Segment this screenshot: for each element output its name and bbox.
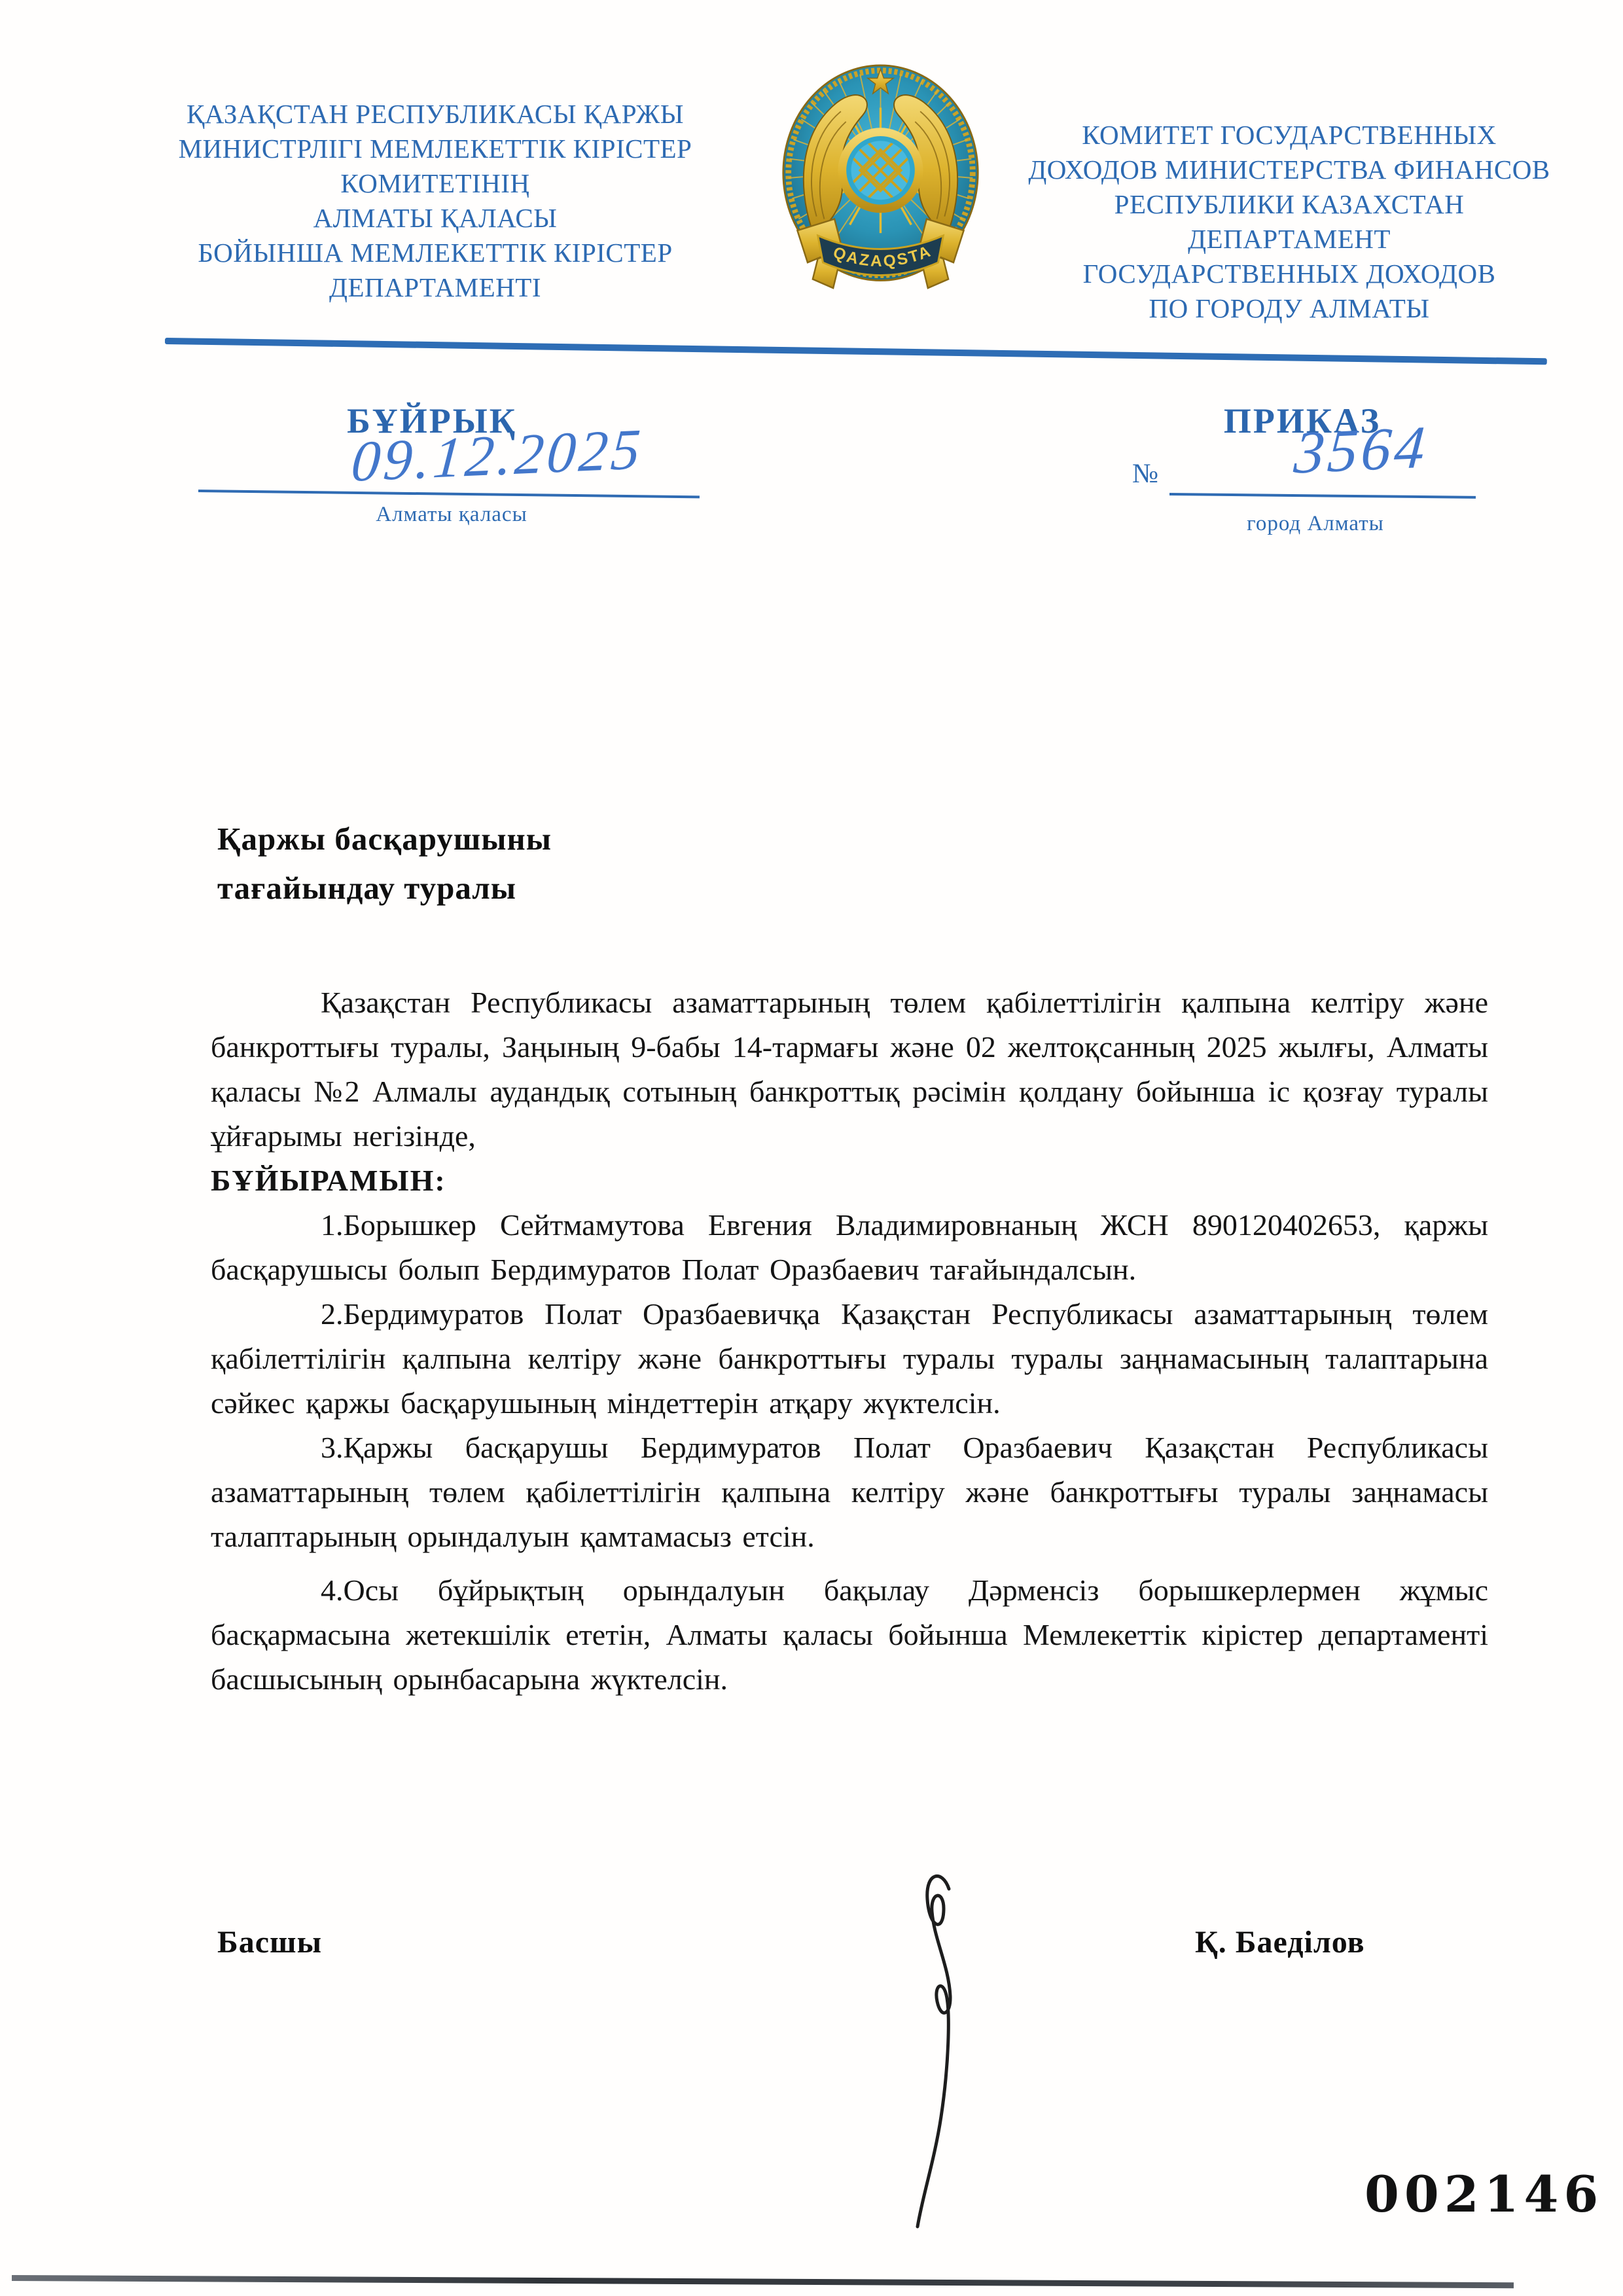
org-ru-line: ДОХОДОВ МИНИСТЕРСТВА ФИНАНСОВ bbox=[1011, 152, 1567, 187]
org-ru-line: РЕСПУБЛИКИ КАЗАХСТАН bbox=[1011, 187, 1567, 222]
number-underline bbox=[1169, 493, 1476, 499]
order-item-4: 4.Осы бұйрықтың орындалуын бақылау Дәрме… bbox=[211, 1568, 1488, 1702]
order-item-3: 3.Қаржы басқарушы Бердимуратов Полат Ора… bbox=[211, 1426, 1488, 1559]
subject-line: тағайындау туралы bbox=[217, 863, 1003, 912]
place-label-kazakh: Алматы қаласы bbox=[209, 503, 694, 527]
signer-position-label: Басшы bbox=[217, 1924, 322, 1960]
org-kk-line: КОМИТЕТІНІҢ bbox=[160, 166, 710, 201]
order-item-1: 1.Борышкер Сейтмамутова Евгения Владимир… bbox=[211, 1203, 1488, 1292]
order-item-2: 2.Бердимуратов Полат Оразбаевичқа Қазақс… bbox=[211, 1292, 1488, 1426]
subject-line: Қаржы басқарушыны bbox=[217, 814, 1003, 863]
scanned-order-page: ҚАЗАҚСТАН РЕСПУБЛИКАСЫ ҚАРЖЫ МИНИСТРЛІГІ… bbox=[0, 0, 1623, 2296]
intro-paragraph: Қазақстан Республикасы азаматтарының төл… bbox=[211, 980, 1488, 1158]
org-kk-line: МИНИСТРЛІГІ МЕМЛЕКЕТТІК КІРІСТЕР bbox=[160, 132, 710, 166]
kazakhstan-coat-of-arms-icon: QAZAQSTAN bbox=[777, 63, 984, 293]
org-ru-line: КОМИТЕТ ГОСУДАРСТВЕННЫХ bbox=[1011, 118, 1567, 152]
resolve-word: БҰЙЫРАМЫН: bbox=[211, 1158, 1488, 1203]
org-name-russian: КОМИТЕТ ГОСУДАРСТВЕННЫХ ДОХОДОВ МИНИСТЕР… bbox=[1011, 118, 1567, 326]
order-subject: Қаржы басқарушыны тағайындау туралы bbox=[217, 814, 1003, 912]
header-separator-line bbox=[165, 338, 1547, 365]
handwritten-order-number: 3564 bbox=[1202, 408, 1521, 491]
place-label-russian: город Алматы bbox=[1178, 512, 1453, 536]
org-kk-line: БОЙЫНША МЕМЛЕКЕТТІК КІРІСТЕР bbox=[160, 236, 710, 270]
org-kk-line: АЛМАТЫ ҚАЛАСЫ bbox=[160, 201, 710, 236]
org-ru-line: ПО ГОРОДУ АЛМАТЫ bbox=[1011, 291, 1567, 326]
scan-page-edge bbox=[12, 2275, 1514, 2288]
org-ru-line: ДЕПАРТАМЕНТ bbox=[1011, 222, 1567, 257]
handwritten-signature bbox=[851, 1867, 988, 2233]
order-body: Қазақстан Республикасы азаматтарының төл… bbox=[211, 980, 1488, 1702]
org-ru-line: ГОСУДАРСТВЕННЫХ ДОХОДОВ bbox=[1011, 257, 1567, 291]
org-kk-line: ДЕПАРТАМЕНТІ bbox=[160, 270, 710, 305]
signer-name: Қ. Баеділов bbox=[1195, 1924, 1364, 1960]
number-sign: № bbox=[1132, 458, 1158, 490]
org-name-kazakh: ҚАЗАҚСТАН РЕСПУБЛИКАСЫ ҚАРЖЫ МИНИСТРЛІГІ… bbox=[160, 97, 710, 305]
org-kk-line: ҚАЗАҚСТАН РЕСПУБЛИКАСЫ ҚАРЖЫ bbox=[160, 97, 710, 132]
form-serial-number: 002146 bbox=[1364, 2165, 1603, 2223]
